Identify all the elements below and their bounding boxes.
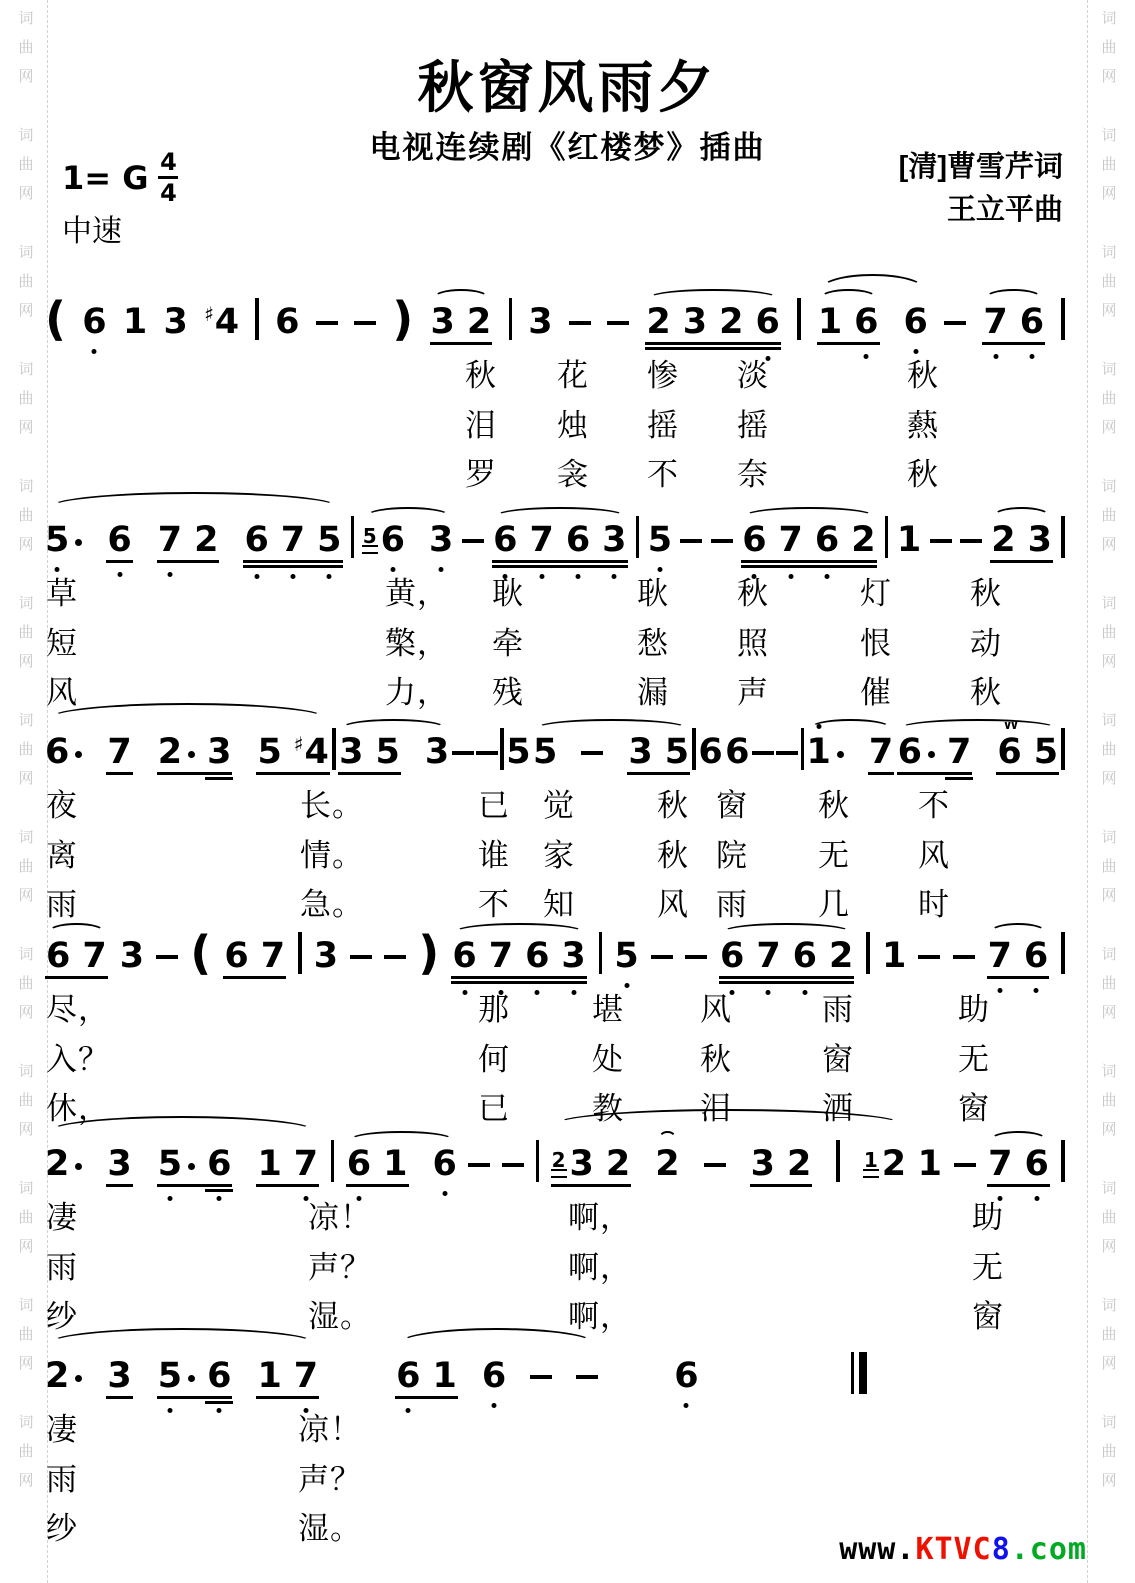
slur-group: 166 [817, 305, 928, 340]
music-system: 2356176166凄凉！雨声？纱湿。 [0, 1314, 1135, 1543]
lyric-syllable: 何 [478, 1034, 510, 1079]
note: 7 [988, 1147, 1012, 1182]
note-digit: 6 [1024, 939, 1048, 974]
slur-group: 535 [533, 735, 690, 770]
beam-group: 2326 [645, 305, 780, 340]
slur-group: 23 [990, 523, 1053, 558]
note: 7 [988, 939, 1012, 974]
note-digit: 1 [918, 1147, 942, 1182]
slur-arc [985, 289, 1042, 307]
lyric-syllable: 淡 [737, 350, 769, 395]
lyric-syllable: 照 [737, 618, 769, 663]
duration-dash [316, 321, 338, 326]
note: 6 [82, 305, 106, 340]
note: 7 [82, 939, 106, 974]
slur-arc [341, 719, 446, 737]
slur-group: 17 [807, 735, 895, 770]
barline [1061, 932, 1065, 974]
note: 6 [452, 939, 476, 974]
note: 5 [158, 1147, 195, 1182]
music-system: 67235♯435355356617676∨∨5夜长。已觉秋窗秋不离情。谁家秋院… [0, 690, 1135, 919]
slur-group: 6763 [451, 939, 586, 974]
note-digit: 7 [756, 939, 780, 974]
duration-dash [354, 321, 376, 326]
note: 6 [755, 305, 779, 340]
note-digit: 3 [429, 523, 453, 558]
note: 2 [829, 939, 853, 974]
note: 7 [281, 523, 305, 558]
duration-dash [576, 1375, 598, 1380]
slur-arc [48, 492, 340, 523]
note: 3 [751, 1147, 775, 1182]
note-digit: 7 [261, 939, 285, 974]
slur-group: 16 [817, 305, 880, 340]
note-digit: 1 [123, 305, 147, 340]
note-digit: 6 [347, 1147, 371, 1182]
note-digit: 5 [45, 523, 69, 558]
note-digit: 3 [207, 735, 231, 770]
grace-underline [362, 545, 378, 554]
note: 6 [107, 523, 131, 558]
duration-dash [930, 539, 952, 544]
note-digit: 3 [107, 1147, 131, 1182]
note: 3 [164, 305, 188, 340]
note: 6 [1020, 305, 1044, 340]
beam-group: 32 [430, 305, 493, 340]
note: ♯4 [294, 734, 329, 770]
barline [298, 932, 302, 974]
barline [500, 728, 504, 770]
beam-group: 56 [157, 1147, 233, 1182]
note: 6∨∨ [997, 735, 1021, 770]
lyric-syllable: 院 [716, 830, 748, 875]
note: 6 [904, 305, 928, 340]
slur-arc [48, 1328, 316, 1359]
note: 3 [120, 939, 144, 974]
beam-group: 6762 [719, 939, 854, 974]
barline [255, 298, 259, 340]
barline [331, 1140, 335, 1182]
note: 2 [646, 305, 670, 340]
duration-dash [502, 1163, 524, 1168]
lyric-syllable: 灯 [860, 568, 892, 613]
sharp-sign: ♯ [204, 304, 214, 324]
note: 2 [606, 1147, 630, 1182]
note: 5 [375, 735, 399, 770]
note-digit: 6 [275, 305, 299, 340]
lyric-syllable: 檠， [385, 618, 449, 663]
note: 7 [261, 939, 285, 974]
music-system: 5672675563676356762123草黄，耿耿秋灯秋短檠，牵愁照恨动风力… [0, 478, 1135, 707]
note-digit: 3 [570, 1147, 594, 1182]
grace-underline [551, 1169, 567, 1178]
note: 6 [898, 735, 935, 770]
lyric-syllable: 风 [700, 984, 732, 1029]
note: 6 [525, 939, 549, 974]
augmentation-dot [188, 751, 195, 758]
sheet-music-page: { "watermark":{"chars":["词","曲","网"],"gr… [0, 0, 1135, 1583]
note-digit: 7 [779, 523, 803, 558]
slur-group: 235617 [45, 1147, 319, 1182]
note: 3 [628, 735, 652, 770]
note: 7 [489, 939, 513, 974]
note-digit: 1 [257, 1359, 281, 1394]
lyric-syllable: 黄， [385, 568, 449, 613]
beam-group: 5♯4 [256, 734, 329, 770]
lyric-line: 雨声？啊，无 [0, 1236, 1135, 1282]
lyric-syllable: 雨 [46, 1454, 78, 1499]
slur-group: 6762 [741, 523, 876, 558]
note-digit: 7 [983, 305, 1007, 340]
note: 2 [851, 523, 875, 558]
beam-group: 61 [395, 1359, 458, 1394]
note: 1 [807, 735, 844, 770]
lyric-syllable: 凉！ [308, 1192, 372, 1237]
note: 5 [317, 523, 341, 558]
note: 7 [756, 939, 780, 974]
lyric-syllable: 不 [918, 780, 950, 825]
slur-group: 563 [363, 523, 454, 558]
note-digit: 2 [991, 523, 1015, 558]
note: 6 [698, 735, 722, 770]
note: 6 [674, 1359, 698, 1394]
slur-group: 5672675 [45, 523, 343, 558]
barline [332, 728, 336, 770]
lyric-syllable: 谁 [478, 830, 510, 875]
note-digit: 6 [1020, 305, 1044, 340]
augmentation-dot [75, 751, 82, 758]
lyric-line: 尽，那堪风雨助 [0, 978, 1135, 1024]
barline [1061, 298, 1065, 340]
note-digit: 6 [433, 1147, 457, 1182]
lyric-line: 草黄，耿耿秋灯秋 [0, 562, 1135, 608]
note: 3 [431, 305, 455, 340]
note-digit: 1 [882, 939, 906, 974]
note-digit: 3 [425, 735, 449, 770]
note: 6 [347, 1147, 371, 1182]
lyric-syllable: 离 [46, 830, 78, 875]
duration-dash [704, 1163, 726, 1168]
beam-group: 232 [551, 1147, 632, 1182]
lyric-syllable: 秋 [700, 1034, 732, 1079]
note-digit: 1 [383, 1147, 407, 1182]
beam-group: 32 [750, 1147, 813, 1182]
note-digit: 3 [683, 305, 707, 340]
note: 6 [433, 1147, 457, 1182]
note: 6 [224, 939, 248, 974]
note-digit: 6 [482, 1359, 506, 1394]
note: 6 [720, 939, 744, 974]
note-digit: 6 [525, 939, 549, 974]
slur-group: 616 [346, 1147, 457, 1182]
note-digit: 7 [281, 523, 305, 558]
note: 2 [467, 305, 491, 340]
note-digit: 7 [529, 523, 553, 558]
note: 23 [552, 1147, 594, 1182]
duration-dash [944, 321, 966, 326]
url-segment: .com [1011, 1532, 1087, 1567]
duration-dash [452, 751, 474, 756]
note-digit: 6 [904, 305, 928, 340]
note: 5 [665, 735, 689, 770]
note: 5 [257, 735, 281, 770]
note: 1 [918, 1147, 942, 1182]
note-digit: 6∨∨ [997, 735, 1021, 770]
notation-line: 673(673)676356762176 [45, 932, 1065, 974]
augmentation-dot [837, 751, 844, 758]
slur-group: 6763 [492, 523, 627, 558]
barline [885, 516, 889, 558]
lyric-syllable: 秋 [737, 568, 769, 613]
duration-dash [384, 955, 406, 960]
duration-dash [776, 751, 798, 756]
lyric-syllable: 秋 [465, 350, 497, 395]
note-digit: 6 [82, 305, 106, 340]
slur-group: 676∨∨5 [897, 735, 1059, 770]
duration-dash [350, 955, 372, 960]
note: 1 [383, 1147, 407, 1182]
lyric-syllable: 处 [592, 1034, 624, 1079]
music-system: (613♯46)323232616676秋花惨淡秋泪烛摇摇爇罗衾不奈秋 [0, 260, 1135, 489]
note: 3 [314, 939, 338, 974]
lyric-syllable: 秋 [657, 780, 689, 825]
duration-dash [711, 539, 733, 544]
note-digit: 6 [854, 305, 878, 340]
augmentation-dot [75, 1375, 82, 1382]
beam-group: 17 [256, 1147, 319, 1182]
lyric-syllable: 凉！ [298, 1404, 362, 1449]
note-digit: 3 [1028, 523, 1052, 558]
note: 7 [779, 523, 803, 558]
note: 1 [897, 523, 921, 558]
beam-group: 67 [897, 735, 973, 770]
note: 1 [123, 305, 147, 340]
note-digit: 2 [719, 305, 743, 340]
augmentation-dot [75, 539, 82, 546]
note: 7 [947, 735, 971, 770]
note: 1 [433, 1359, 457, 1394]
note: 2 [991, 523, 1015, 558]
note: 6 [1024, 939, 1048, 974]
lyric-syllable: 耿 [637, 568, 669, 613]
lyric-syllable: 觉 [543, 780, 575, 825]
note-digit: 6 [207, 1359, 231, 1394]
augmentation-dot [188, 1163, 195, 1170]
duration-dash [685, 955, 707, 960]
slur-arc [744, 507, 873, 525]
duration-dash [607, 321, 629, 326]
lyric-syllable: 草 [46, 568, 78, 613]
note-digit: 3 [528, 305, 552, 340]
note: 6 [482, 1359, 506, 1394]
lyric-syllable: 长。 [300, 780, 364, 825]
lyric-syllable: 无 [818, 830, 850, 875]
grace-note: 2 [552, 1150, 566, 1170]
barline [599, 932, 603, 974]
note-digit: 1 [257, 1147, 281, 1182]
lyric-syllable: 无 [972, 1242, 1004, 1287]
slur-group: 76 [987, 939, 1050, 974]
slur-arc [366, 507, 451, 525]
slur-arc [820, 274, 925, 305]
note-digit: 3 [314, 939, 338, 974]
note-digit: 2 [467, 305, 491, 340]
lyric-syllable: 耿 [492, 568, 524, 613]
note-digit: 6 [452, 939, 476, 974]
lyric-line: 夜长。已觉秋窗秋不 [0, 774, 1135, 820]
note: 2 [194, 523, 218, 558]
notation-line: 5672675563676356762123 [45, 516, 1065, 558]
note-digit: 5 [533, 735, 557, 770]
note: 3 [429, 523, 453, 558]
slur-group: 6762 [719, 939, 854, 974]
slur-group: 23223212 [551, 1140, 907, 1182]
note: 6 [793, 939, 817, 974]
note-digit: 3 [751, 1147, 775, 1182]
lyric-syllable: 声？ [298, 1454, 362, 1499]
url-segment: KTVC [915, 1532, 991, 1567]
note-digit: 6 [566, 523, 590, 558]
note: 6 [854, 305, 878, 340]
note-digit: 6 [698, 735, 722, 770]
lyric-syllable: 惨 [647, 350, 679, 395]
note-digit: 2 [194, 523, 218, 558]
note-digit: 3 [602, 523, 626, 558]
site-url: www.KTVC8.com [839, 1532, 1087, 1567]
note: 3 [602, 523, 626, 558]
beam-group: 76 [982, 305, 1045, 340]
slur-group: 235617 [45, 1359, 319, 1394]
lyric-syllable: 啊， [568, 1242, 632, 1287]
beam-group: 76 [987, 939, 1050, 974]
lyric-syllable: 短 [46, 618, 78, 663]
beam-group: 23 [990, 523, 1053, 558]
slur-arc [433, 289, 490, 307]
note-digit: 7 [988, 1147, 1012, 1182]
lyric-syllable: 摇 [737, 400, 769, 445]
beam-group: 67 [45, 939, 108, 974]
note: 6 [275, 305, 299, 340]
note-digit: 6 [725, 735, 749, 770]
note-digit: 6 [224, 939, 248, 974]
note: 12 [864, 1147, 906, 1182]
lyric-syllable: 爇 [907, 400, 939, 445]
lyric-syllable: 恨 [860, 618, 892, 663]
grace-note: 1 [864, 1150, 878, 1170]
note-digit: 5 [1034, 735, 1058, 770]
note-digit: 7 [988, 939, 1012, 974]
duration-dash [918, 955, 940, 960]
note-digit: 4 [304, 735, 328, 770]
barline [859, 1352, 867, 1394]
lyric-syllable: 愁 [637, 618, 669, 663]
note: 3 [528, 305, 552, 340]
lyric-line: 离情。谁家秋院无风 [0, 824, 1135, 870]
note: 6 [742, 523, 766, 558]
note: 3 [425, 735, 449, 770]
notation-line: 67235♯435355356617676∨∨5 [45, 728, 1065, 770]
beam-group: 23 [157, 735, 233, 770]
lyric-syllable: 秋 [657, 830, 689, 875]
slur-arc [536, 719, 687, 737]
slur-group: 353 [338, 735, 449, 770]
notation-line: (613♯46)323232616676 [45, 298, 1065, 340]
lyric-syllable: 花 [557, 350, 589, 395]
note-digit: 2 [829, 939, 853, 974]
note-digit: 6 [815, 523, 839, 558]
lyric-syllable: 啊， [568, 1192, 632, 1237]
note: 6 [45, 735, 82, 770]
duration-dash [468, 1163, 490, 1168]
note-digit: 6 [898, 735, 922, 770]
barline [836, 1140, 840, 1182]
slur-group: 616 [395, 1359, 598, 1394]
music-system: 673(673)676356762176尽，那堪风雨助入？何处秋窗无休，已教泪洒… [0, 894, 1135, 1123]
duration-dash [530, 1375, 552, 1380]
note: 5 [533, 735, 557, 770]
barline [1061, 728, 1065, 770]
beam-group: 7 [868, 735, 894, 770]
note-digit: 2 [851, 523, 875, 558]
note-digit: 6 [674, 1359, 698, 1394]
barline [509, 298, 513, 340]
note-digit: 5 [375, 735, 399, 770]
note-digit: 5 [614, 939, 638, 974]
note: 3 [683, 305, 707, 340]
lyric-syllable: 凄 [46, 1192, 78, 1237]
beam-group: 7 [106, 735, 132, 770]
note-digit: 2 [882, 1147, 906, 1182]
note: 2 [787, 1147, 811, 1182]
lyric-syllable: 泪 [465, 400, 497, 445]
note: 5 [648, 523, 672, 558]
note-digit: 5 [317, 523, 341, 558]
duration-dash [476, 751, 498, 756]
note-digit: 2 [655, 1147, 679, 1182]
note: 2 [655, 1147, 679, 1182]
slur-arc [810, 719, 892, 737]
note: 56 [363, 523, 405, 558]
note-digit: 6 [381, 523, 405, 558]
grace-note: 5 [363, 526, 377, 546]
beam-group: 35 [338, 735, 401, 770]
notation-line: 23561761623223212176 [45, 1140, 1065, 1182]
barline [351, 516, 355, 558]
beam-group: 72 [157, 523, 220, 558]
note-digit: 2 [606, 1147, 630, 1182]
note-digit: 5 [506, 735, 530, 770]
duration-dash [954, 1163, 976, 1168]
parenthesis: ( [45, 298, 66, 340]
duration-dash [953, 955, 975, 960]
slur-group: 76 [987, 1147, 1050, 1182]
note-digit: 6 [45, 735, 69, 770]
duration-dash [752, 751, 774, 756]
note: 7 [294, 1147, 318, 1182]
note-digit: 3 [628, 735, 652, 770]
note-digit: 1 [807, 735, 831, 770]
slur-arc [990, 923, 1047, 941]
note-digit: 1 [897, 523, 921, 558]
note-digit: 7 [158, 523, 182, 558]
lyric-line: 秋花惨淡秋 [0, 344, 1135, 390]
note-digit: 2 [787, 1147, 811, 1182]
lyric-syllable: 情。 [300, 830, 364, 875]
lyric-syllable: 家 [543, 830, 575, 875]
note-digit: 6 [793, 939, 817, 974]
lyric-line: 入？何处秋窗无 [0, 1028, 1135, 1074]
slur-group: 67 [45, 939, 108, 974]
